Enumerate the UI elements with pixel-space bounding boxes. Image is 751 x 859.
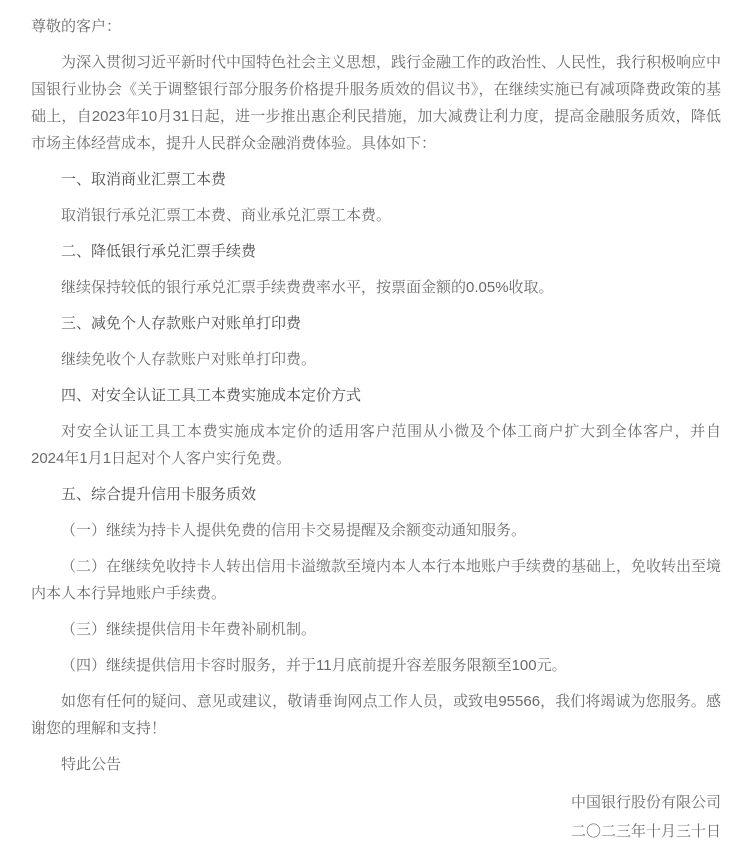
- section-2-paragraph: 继续保持较低的银行承兑汇票手续费费率水平，按票面金额的0.05%收取。: [31, 274, 721, 301]
- section-5-item-3: （三）继续提供信用卡年费补刷机制。: [31, 616, 721, 643]
- section-1-heading: 一、取消商业汇票工本费: [31, 166, 721, 193]
- signature-date: 二〇二三年十月三十日: [31, 817, 721, 846]
- section-3-paragraph: 继续免收个人存款账户对账单打印费。: [31, 346, 721, 373]
- section-5-item-4: （四）继续提供信用卡容时服务，并于11月底前提升容差服务限额至100元。: [31, 652, 721, 679]
- salutation: 尊敬的客户：: [31, 13, 721, 40]
- section-1-paragraph: 取消银行承兑汇票工本费、商业承兑汇票工本费。: [31, 202, 721, 229]
- section-4-paragraph: 对安全认证工具工本费实施成本定价的适用客户范围从小微及个体工商户扩大到全体客户，…: [31, 418, 721, 472]
- signature-company: 中国银行股份有限公司: [31, 788, 721, 817]
- section-3-heading: 三、减免个人存款账户对账单打印费: [31, 310, 721, 337]
- closing-paragraph: 如您有任何的疑问、意见或建议，敬请垂询网点工作人员，或致电95566，我们将竭诚…: [31, 688, 721, 742]
- announcement-line: 特此公告: [31, 751, 721, 778]
- section-5-item-2: （二）在继续免收持卡人转出信用卡溢缴款至境内本人本行本地账户手续费的基础上，免收…: [31, 553, 721, 607]
- section-5-item-1: （一）继续为持卡人提供免费的信用卡交易提醒及余额变动通知服务。: [31, 517, 721, 544]
- section-4-heading: 四、对安全认证工具工本费实施成本定价方式: [31, 382, 721, 409]
- section-2-heading: 二、降低银行承兑汇票手续费: [31, 238, 721, 265]
- signature-block: 中国银行股份有限公司 二〇二三年十月三十日: [31, 788, 721, 846]
- section-5-heading: 五、综合提升信用卡服务质效: [31, 481, 721, 508]
- announcement-document: 尊敬的客户： 为深入贯彻习近平新时代中国特色社会主义思想，践行金融工作的政治性、…: [0, 0, 751, 859]
- intro-paragraph: 为深入贯彻习近平新时代中国特色社会主义思想，践行金融工作的政治性、人民性，我行积…: [31, 49, 721, 157]
